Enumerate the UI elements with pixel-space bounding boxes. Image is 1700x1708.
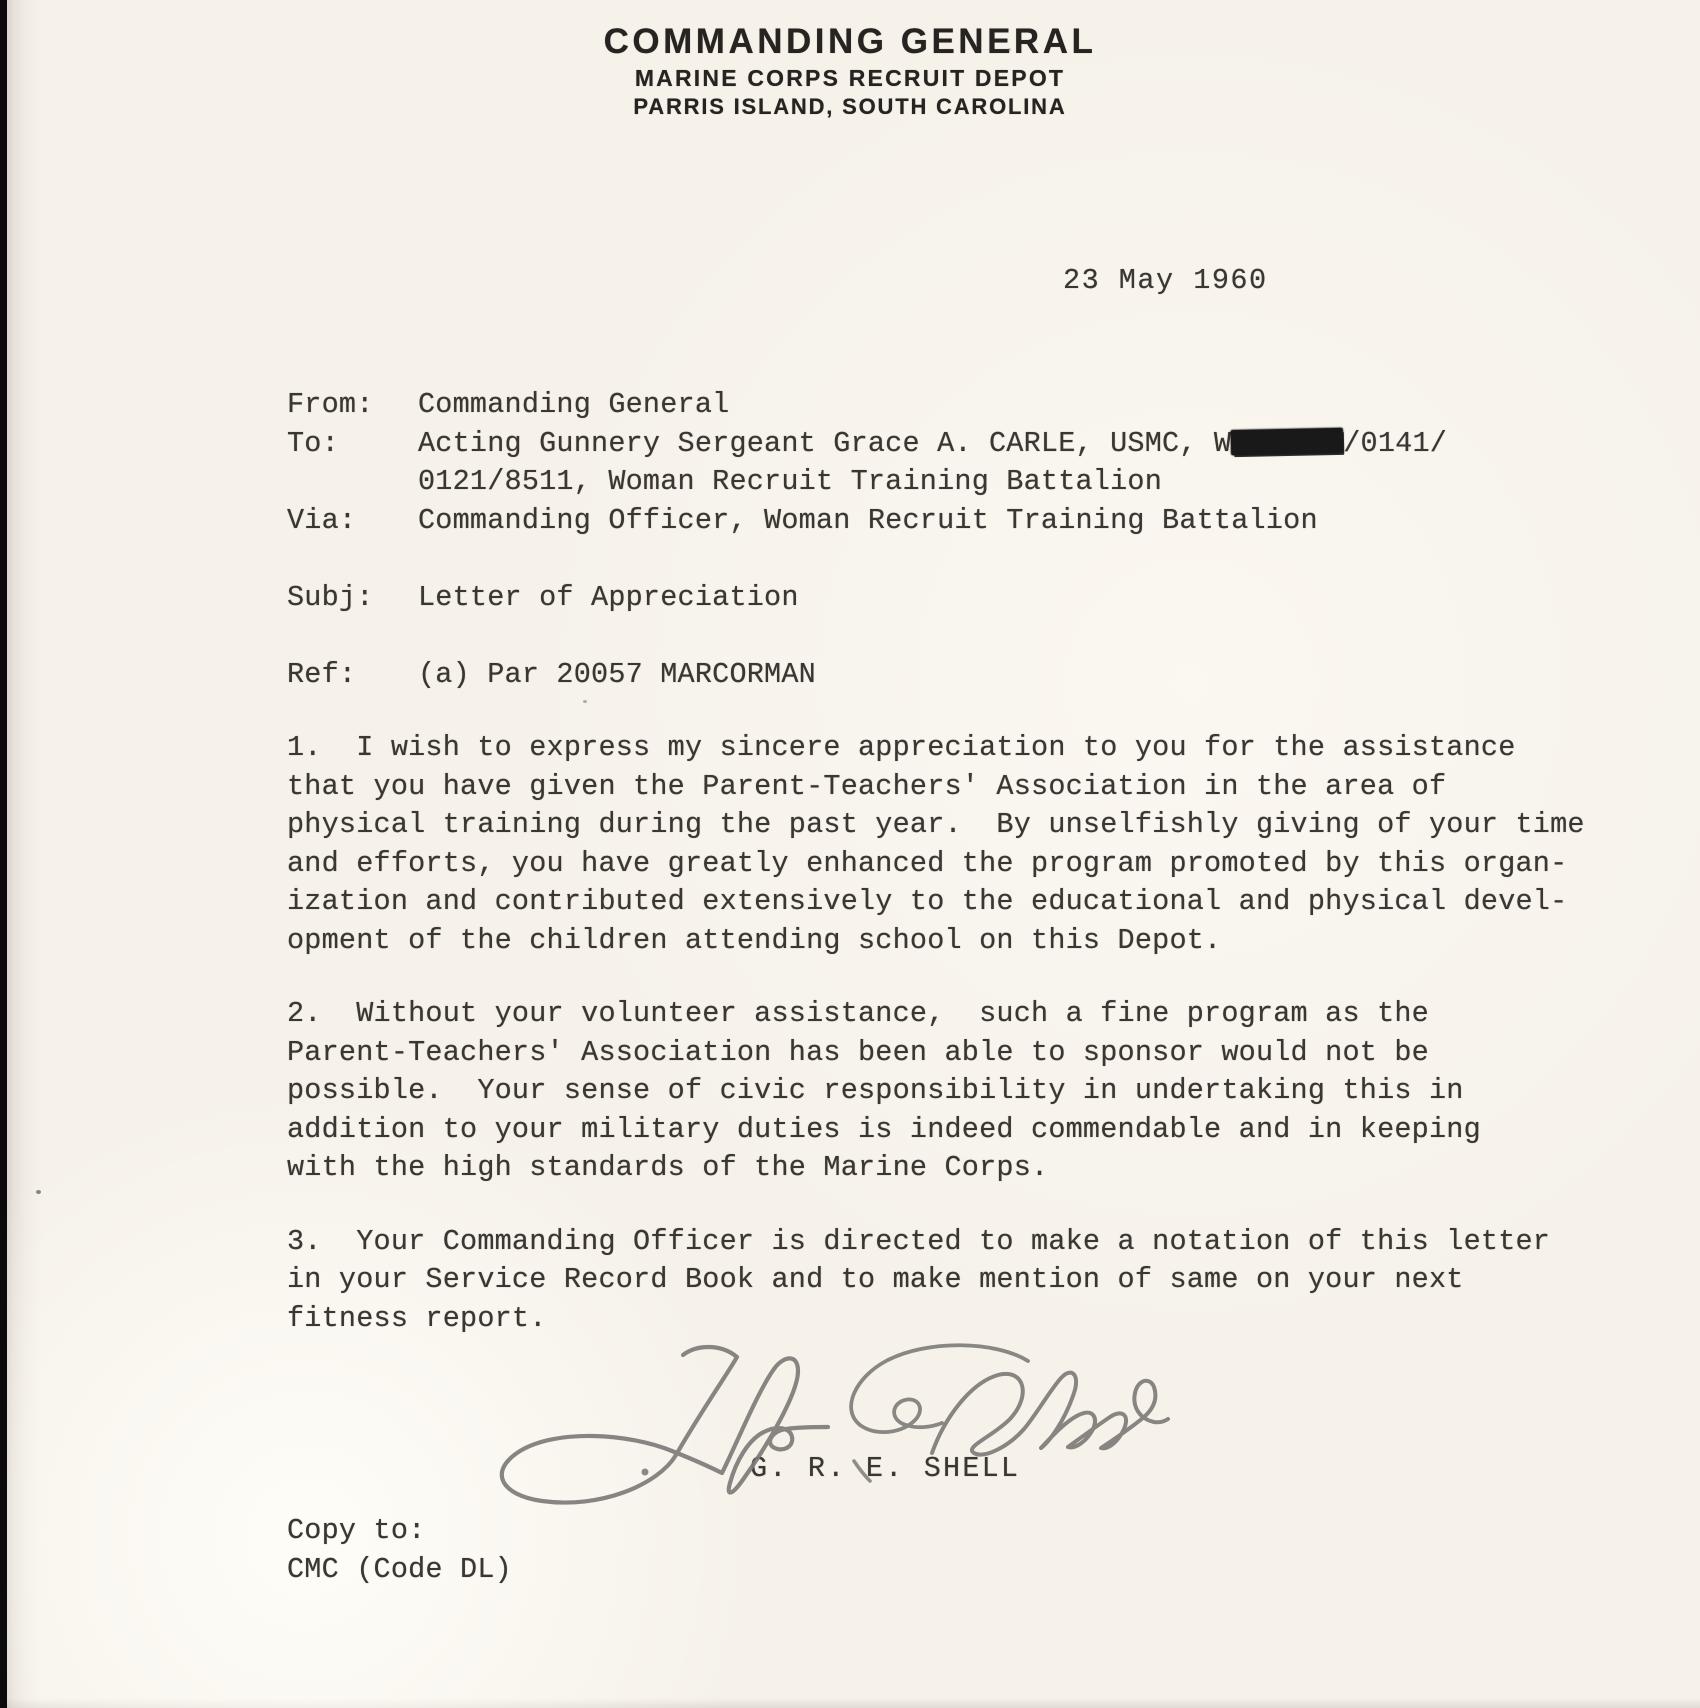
letterhead-line3: PARRIS ISLAND, SOUTH CAROLINA [0, 94, 1700, 120]
field-subj: Subj: Letter of Appreciation [287, 579, 1447, 618]
copy-to-block: Copy to: CMC (Code DL) [287, 1512, 512, 1589]
letter-document: COMMANDING GENERAL MARINE CORPS RECRUIT … [0, 0, 1700, 1708]
redaction-mark [1231, 427, 1343, 454]
copy-to-label: Copy to: [287, 1512, 512, 1551]
field-to-line1-post: /0141/ [1343, 427, 1447, 460]
address-block: From: Commanding General To: Acting Gunn… [287, 386, 1447, 694]
field-subj-value: Letter of Appreciation [418, 579, 799, 618]
signature-typed-name: G. R. E. SHELL [750, 1450, 1020, 1489]
field-from: From: Commanding General [287, 386, 1447, 425]
paragraph-3: 3. Your Commanding Officer is directed t… [287, 1223, 1617, 1339]
letterhead: COMMANDING GENERAL MARINE CORPS RECRUIT … [0, 22, 1700, 120]
paragraph-2: 2. Without your volunteer assistance, su… [287, 995, 1617, 1188]
field-via-value: Commanding Officer, Woman Recruit Traini… [418, 502, 1318, 541]
field-to-value: Acting Gunnery Sergeant Grace A. CARLE, … [418, 425, 1447, 502]
scan-speck [36, 1190, 41, 1194]
field-via-label: Via: [287, 502, 418, 541]
letter-body: 1. I wish to express my sincere apprecia… [287, 729, 1617, 1338]
field-ref: Ref: (a) Par 20057 MARCORMAN [287, 656, 1447, 695]
scan-edge-left [0, 0, 7, 1708]
field-subj-label: Subj: [287, 579, 418, 618]
field-to-line2: 0121/8511, Woman Recruit Training Battal… [418, 463, 1447, 502]
field-from-label: From: [287, 386, 418, 425]
field-ref-label: Ref: [287, 656, 418, 695]
copy-to-value: CMC (Code DL) [287, 1551, 512, 1590]
field-from-value: Commanding General [418, 386, 729, 425]
field-to: To: Acting Gunnery Sergeant Grace A. CAR… [287, 425, 1447, 502]
field-to-line1-pre: Acting Gunnery Sergeant Grace A. CARLE, … [418, 427, 1231, 460]
field-to-line1: Acting Gunnery Sergeant Grace A. CARLE, … [418, 427, 1447, 460]
field-ref-value: (a) Par 20057 MARCORMAN [418, 656, 816, 695]
scan-speck [1008, 48, 1011, 51]
field-to-label: To: [287, 425, 418, 502]
letterhead-line2: MARINE CORPS RECRUIT DEPOT [0, 65, 1700, 92]
letterhead-line1: COMMANDING GENERAL [0, 22, 1700, 62]
date-line: 23 May 1960 [1063, 262, 1268, 301]
signature-dot [642, 1469, 649, 1476]
field-via: Via: Commanding Officer, Woman Recruit T… [287, 502, 1447, 541]
scan-speck [583, 700, 587, 703]
paragraph-1: 1. I wish to express my sincere apprecia… [287, 729, 1617, 960]
